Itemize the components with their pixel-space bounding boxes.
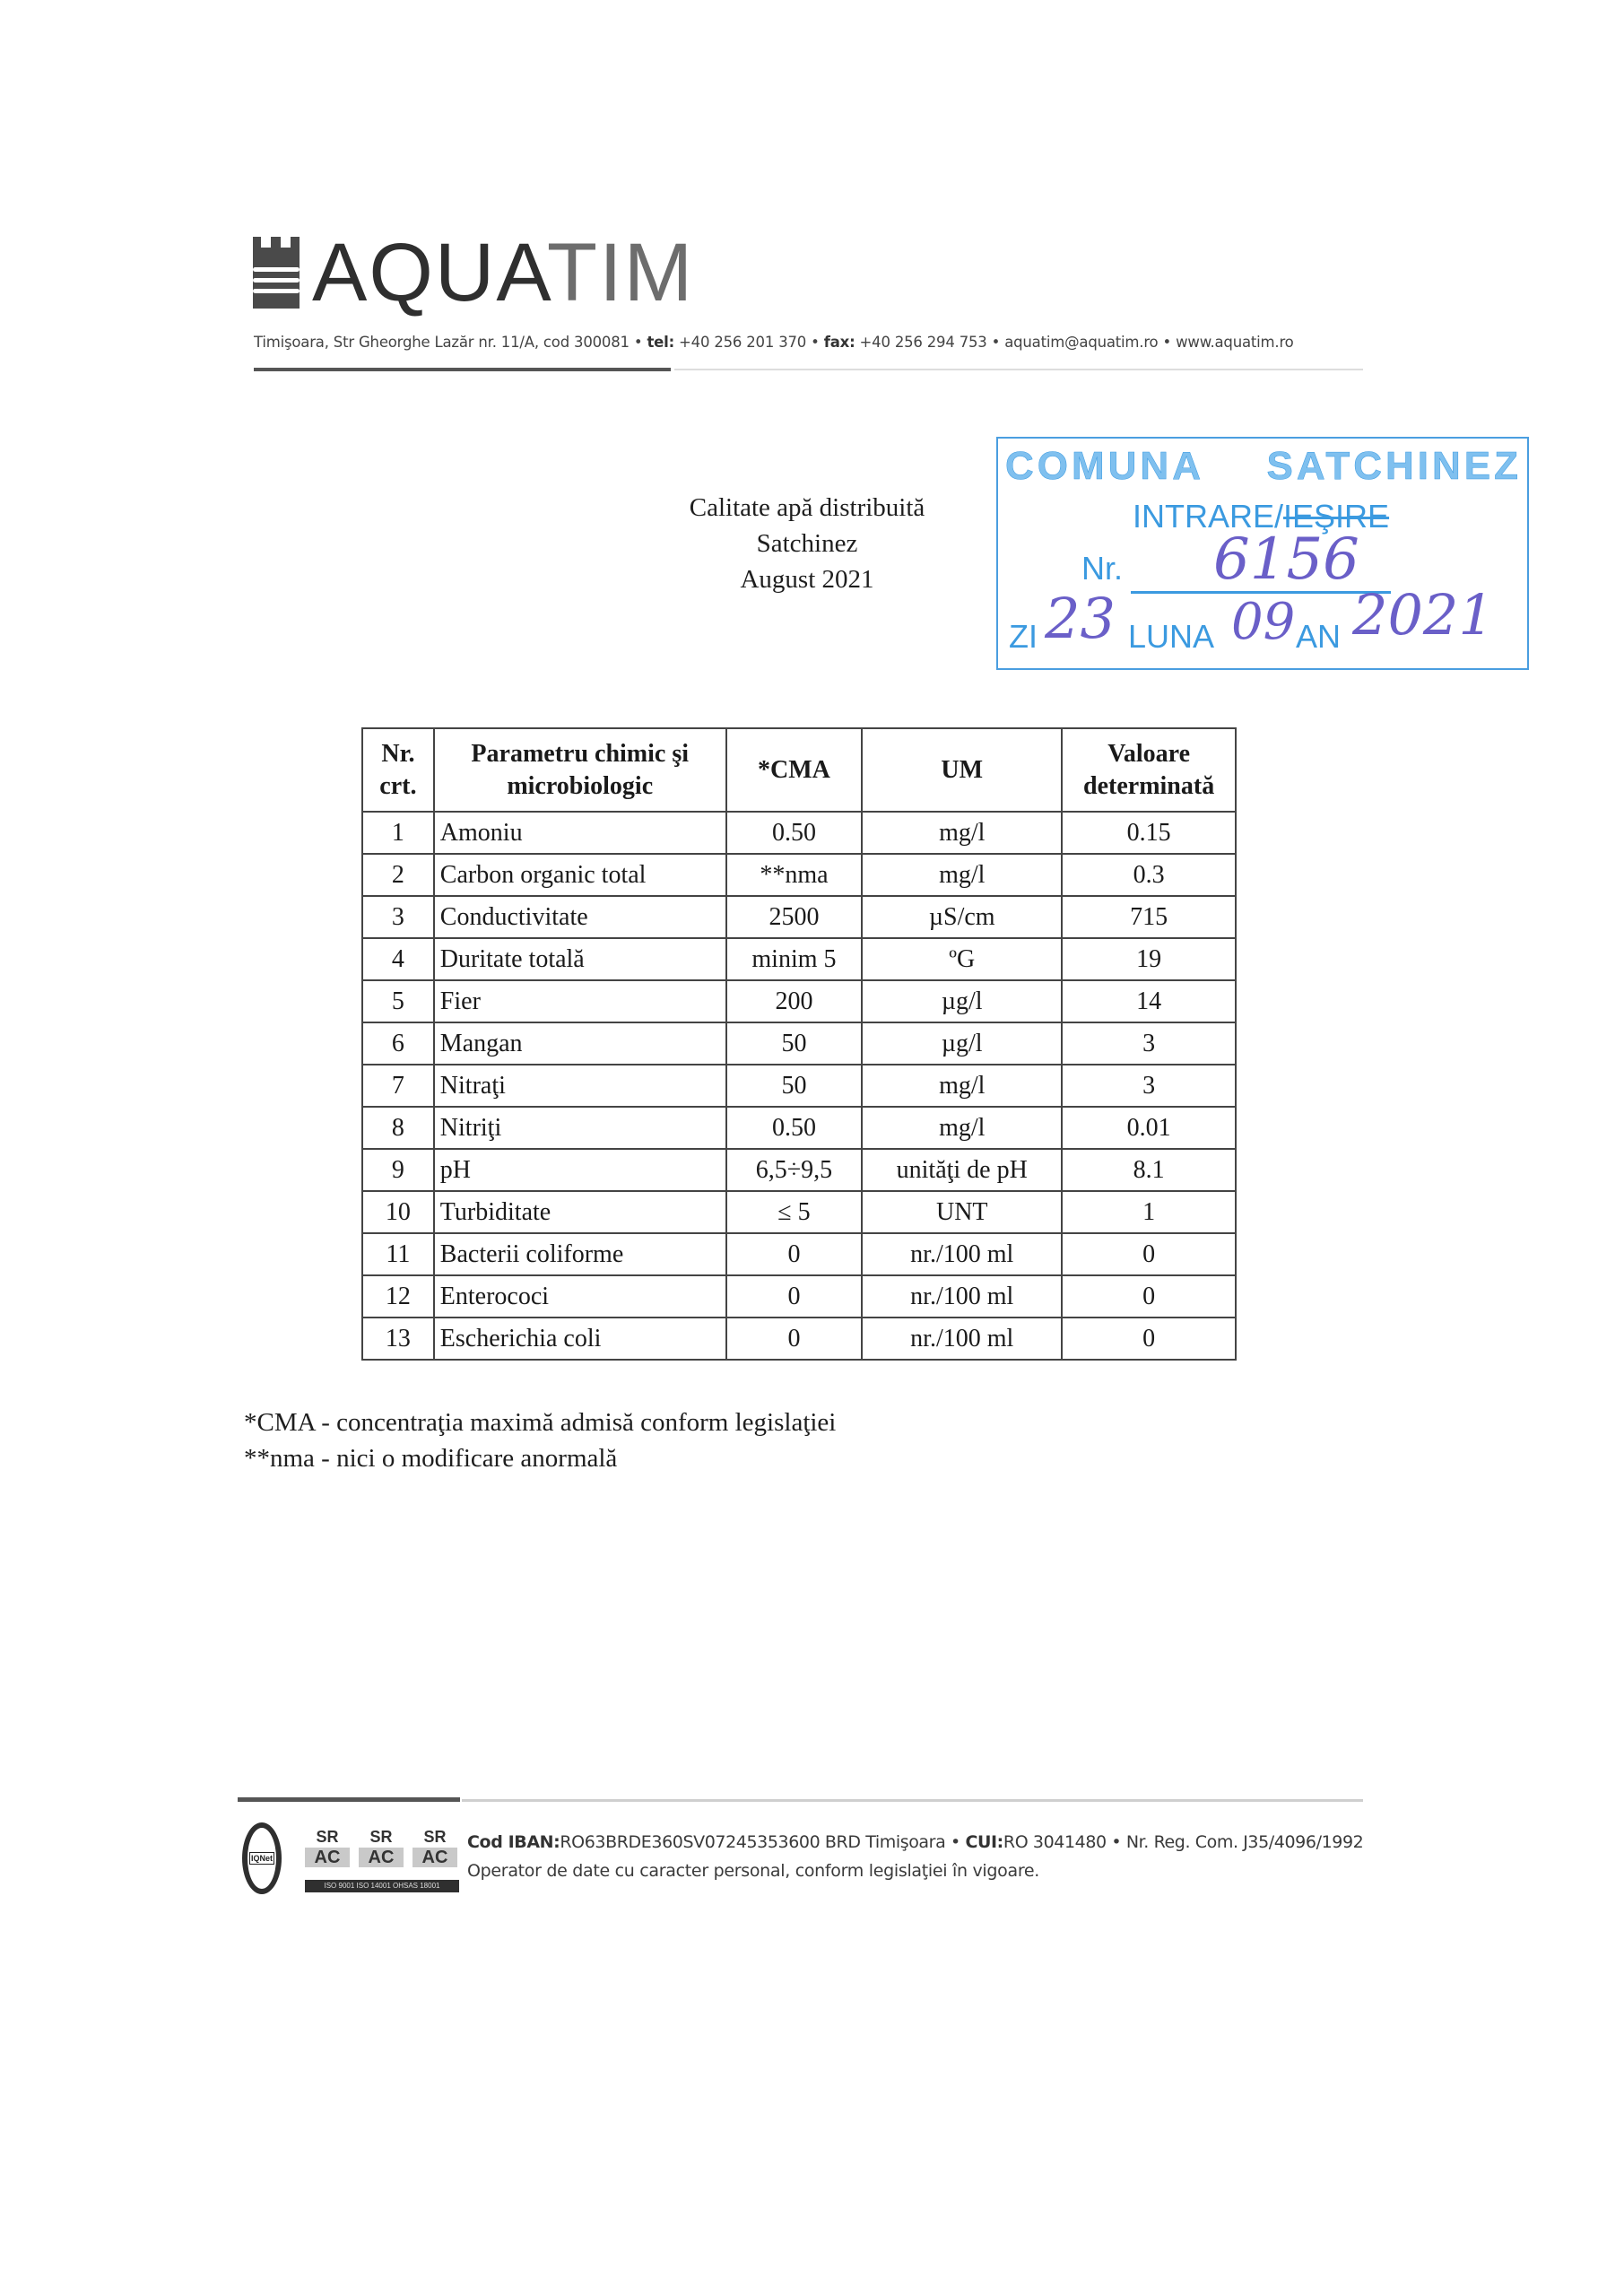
certification-badge-icon: SRAC bbox=[413, 1828, 457, 1880]
measured-value: 0 bbox=[1062, 1318, 1236, 1360]
unit: mg/l bbox=[862, 812, 1062, 854]
cma-limit: minim 5 bbox=[726, 938, 863, 980]
stamp-an-label: AN bbox=[1296, 618, 1341, 656]
measured-value: 0.3 bbox=[1062, 854, 1236, 896]
unit: µS/cm bbox=[862, 896, 1062, 938]
parameter-name: Turbiditate bbox=[434, 1191, 726, 1233]
iqnet-certification-icon: IQNet bbox=[242, 1822, 282, 1894]
unit: nr./100 ml bbox=[862, 1275, 1062, 1318]
stamp-an-value: 2021 bbox=[1352, 582, 1494, 648]
row-number: 2 bbox=[362, 854, 434, 896]
cma-limit: 6,5÷9,5 bbox=[726, 1149, 863, 1191]
row-number: 6 bbox=[362, 1022, 434, 1065]
parameter-name: Nitraţi bbox=[434, 1065, 726, 1107]
unit: mg/l bbox=[862, 1107, 1062, 1149]
unit: mg/l bbox=[862, 854, 1062, 896]
parameter-name: Duritate totală bbox=[434, 938, 726, 980]
unit: µg/l bbox=[862, 980, 1062, 1022]
stamp-luna-label: LUNA bbox=[1128, 618, 1214, 656]
address-street: Timişoara, Str Gheorghe Lazăr nr. 11/A, … bbox=[254, 334, 630, 351]
unit: mg/l bbox=[862, 1065, 1062, 1107]
measured-value: 0 bbox=[1062, 1233, 1236, 1275]
measured-value: 0.15 bbox=[1062, 812, 1236, 854]
cma-limit: 0 bbox=[726, 1233, 863, 1275]
unit: nr./100 ml bbox=[862, 1318, 1062, 1360]
stamp-nr-value: 6156 bbox=[1213, 526, 1359, 593]
registration-stamp: COMUNA SATCHINEZ INTRARE/IEŞIRE Nr. 6156… bbox=[996, 437, 1529, 670]
table-row: 1Amoniu0.50mg/l0.15 bbox=[362, 812, 1236, 854]
document-title: Calitate apă distribuită Satchinez Augus… bbox=[628, 490, 986, 597]
stamp-institution: COMUNA SATCHINEZ bbox=[1005, 444, 1522, 489]
row-number: 9 bbox=[362, 1149, 434, 1191]
footnote-cma: *CMA - concentraţia maximă admisă confor… bbox=[244, 1405, 836, 1440]
title-line-period: August 2021 bbox=[628, 561, 986, 597]
row-number: 8 bbox=[362, 1107, 434, 1149]
table-row: 11Bacterii coliforme0nr./100 ml0 bbox=[362, 1233, 1236, 1275]
title-line-locality: Satchinez bbox=[628, 526, 986, 561]
table-row: 4Duritate totalăminim 5ºG19 bbox=[362, 938, 1236, 980]
unit: nr./100 ml bbox=[862, 1233, 1062, 1275]
parameter-name: Escherichia coli bbox=[434, 1318, 726, 1360]
parameter-name: Enterococi bbox=[434, 1275, 726, 1318]
cma-limit: 50 bbox=[726, 1022, 863, 1065]
parameter-name: Bacterii coliforme bbox=[434, 1233, 726, 1275]
header-divider bbox=[254, 368, 671, 371]
unit: ºG bbox=[862, 938, 1062, 980]
row-number: 3 bbox=[362, 896, 434, 938]
table-row: 13Escherichia coli0nr./100 ml0 bbox=[362, 1318, 1236, 1360]
row-number: 10 bbox=[362, 1191, 434, 1233]
table-row: 5Fier200µg/l14 bbox=[362, 980, 1236, 1022]
footer-company-ids: Cod IBAN:RO63BRDE360SV07245353600 BRD Ti… bbox=[467, 1832, 1363, 1852]
measured-value: 8.1 bbox=[1062, 1149, 1236, 1191]
title-line-subject: Calitate apă distribuită bbox=[628, 490, 986, 526]
cma-limit: 0 bbox=[726, 1275, 863, 1318]
row-number: 5 bbox=[362, 980, 434, 1022]
trade-registry: Nr. Reg. Com. J35/4096/1992 bbox=[1126, 1832, 1364, 1852]
measured-value: 715 bbox=[1062, 896, 1236, 938]
parameter-name: Carbon organic total bbox=[434, 854, 726, 896]
table-row: 8Nitriţi0.50mg/l0.01 bbox=[362, 1107, 1236, 1149]
unit: µg/l bbox=[862, 1022, 1062, 1065]
castle-waves-icon bbox=[253, 237, 300, 309]
column-header-cma: *CMA bbox=[726, 728, 863, 812]
email-link[interactable]: aquatim@aquatim.ro bbox=[1004, 334, 1158, 351]
table-row: 6Mangan50µg/l3 bbox=[362, 1022, 1236, 1065]
column-header-parameter: Parametru chimic şimicrobiologic bbox=[434, 728, 726, 812]
table-row: 7Nitraţi50mg/l3 bbox=[362, 1065, 1236, 1107]
water-quality-table: Nr.crt. Parametru chimic şimicrobiologic… bbox=[361, 727, 1237, 1361]
table-header-row: Nr.crt. Parametru chimic şimicrobiologic… bbox=[362, 728, 1236, 812]
stamp-zi-label: ZI bbox=[1009, 618, 1038, 656]
parameter-name: Amoniu bbox=[434, 812, 726, 854]
company-logo: AQUATIM bbox=[253, 235, 694, 310]
cma-limit: ≤ 5 bbox=[726, 1191, 863, 1233]
footer-divider bbox=[238, 1797, 460, 1802]
stamp-nr-label: Nr. bbox=[1081, 550, 1123, 587]
certification-badge-icon: SRAC bbox=[305, 1828, 350, 1880]
unit: unităţi de pH bbox=[862, 1149, 1062, 1191]
row-number: 1 bbox=[362, 812, 434, 854]
cma-limit: 0.50 bbox=[726, 1107, 863, 1149]
cma-limit: 200 bbox=[726, 980, 863, 1022]
sr-ac-certification-badges: SRAC SRAC SRAC ISO 9001 ISO 14001 OHSAS … bbox=[305, 1828, 459, 1894]
footer-divider-light bbox=[462, 1799, 1363, 1802]
header-divider-light bbox=[674, 369, 1363, 370]
table-row: 12Enterococi0nr./100 ml0 bbox=[362, 1275, 1236, 1318]
measured-value: 0.01 bbox=[1062, 1107, 1236, 1149]
parameter-name: Fier bbox=[434, 980, 726, 1022]
stamp-luna-value: 09 bbox=[1231, 593, 1295, 651]
measured-value: 1 bbox=[1062, 1191, 1236, 1233]
parameter-name: Mangan bbox=[434, 1022, 726, 1065]
iban: RO63BRDE360SV07245353600 BRD Timişoara bbox=[560, 1832, 945, 1852]
row-number: 12 bbox=[362, 1275, 434, 1318]
parameter-name: Conductivitate bbox=[434, 896, 726, 938]
row-number: 4 bbox=[362, 938, 434, 980]
footnotes: *CMA - concentraţia maximă admisă confor… bbox=[244, 1405, 836, 1476]
stamp-zi-value: 23 bbox=[1045, 586, 1116, 651]
phone-number: +40 256 201 370 bbox=[679, 334, 806, 351]
column-header-um: UM bbox=[862, 728, 1062, 812]
cui: RO 3041480 bbox=[1003, 1832, 1107, 1852]
website-link[interactable]: www.aquatim.ro bbox=[1176, 334, 1293, 351]
cma-limit: 0 bbox=[726, 1318, 863, 1360]
unit: UNT bbox=[862, 1191, 1062, 1233]
row-number: 13 bbox=[362, 1318, 434, 1360]
column-header-nr: Nr.crt. bbox=[362, 728, 434, 812]
cma-limit: 50 bbox=[726, 1065, 863, 1107]
fax-number: +40 256 294 753 bbox=[860, 334, 987, 351]
cma-limit: 2500 bbox=[726, 896, 863, 938]
measured-value: 3 bbox=[1062, 1022, 1236, 1065]
footer-privacy-note: Operator de date cu caracter personal, c… bbox=[467, 1861, 1039, 1881]
table-row: 9pH6,5÷9,5unităţi de pH8.1 bbox=[362, 1149, 1236, 1191]
row-number: 11 bbox=[362, 1233, 434, 1275]
certification-badge-icon: SRAC bbox=[359, 1828, 404, 1880]
measured-value: 14 bbox=[1062, 980, 1236, 1022]
table-row: 10Turbiditate≤ 5UNT1 bbox=[362, 1191, 1236, 1233]
cma-limit: **nma bbox=[726, 854, 863, 896]
footnote-nma: **nma - nici o modificare anormală bbox=[244, 1440, 836, 1476]
certification-strip: ISO 9001 ISO 14001 OHSAS 18001 bbox=[305, 1880, 459, 1892]
table-row: 3Conductivitate2500µS/cm715 bbox=[362, 896, 1236, 938]
cma-limit: 0.50 bbox=[726, 812, 863, 854]
measured-value: 0 bbox=[1062, 1275, 1236, 1318]
parameter-name: pH bbox=[434, 1149, 726, 1191]
brand-name: AQUATIM bbox=[312, 231, 694, 314]
parameter-name: Nitriţi bbox=[434, 1107, 726, 1149]
measured-value: 3 bbox=[1062, 1065, 1236, 1107]
table-row: 2Carbon organic total**nmamg/l0.3 bbox=[362, 854, 1236, 896]
measured-value: 19 bbox=[1062, 938, 1236, 980]
company-address: Timişoara, Str Gheorghe Lazăr nr. 11/A, … bbox=[254, 334, 1294, 351]
row-number: 7 bbox=[362, 1065, 434, 1107]
column-header-valoare: Valoaredeterminată bbox=[1062, 728, 1236, 812]
